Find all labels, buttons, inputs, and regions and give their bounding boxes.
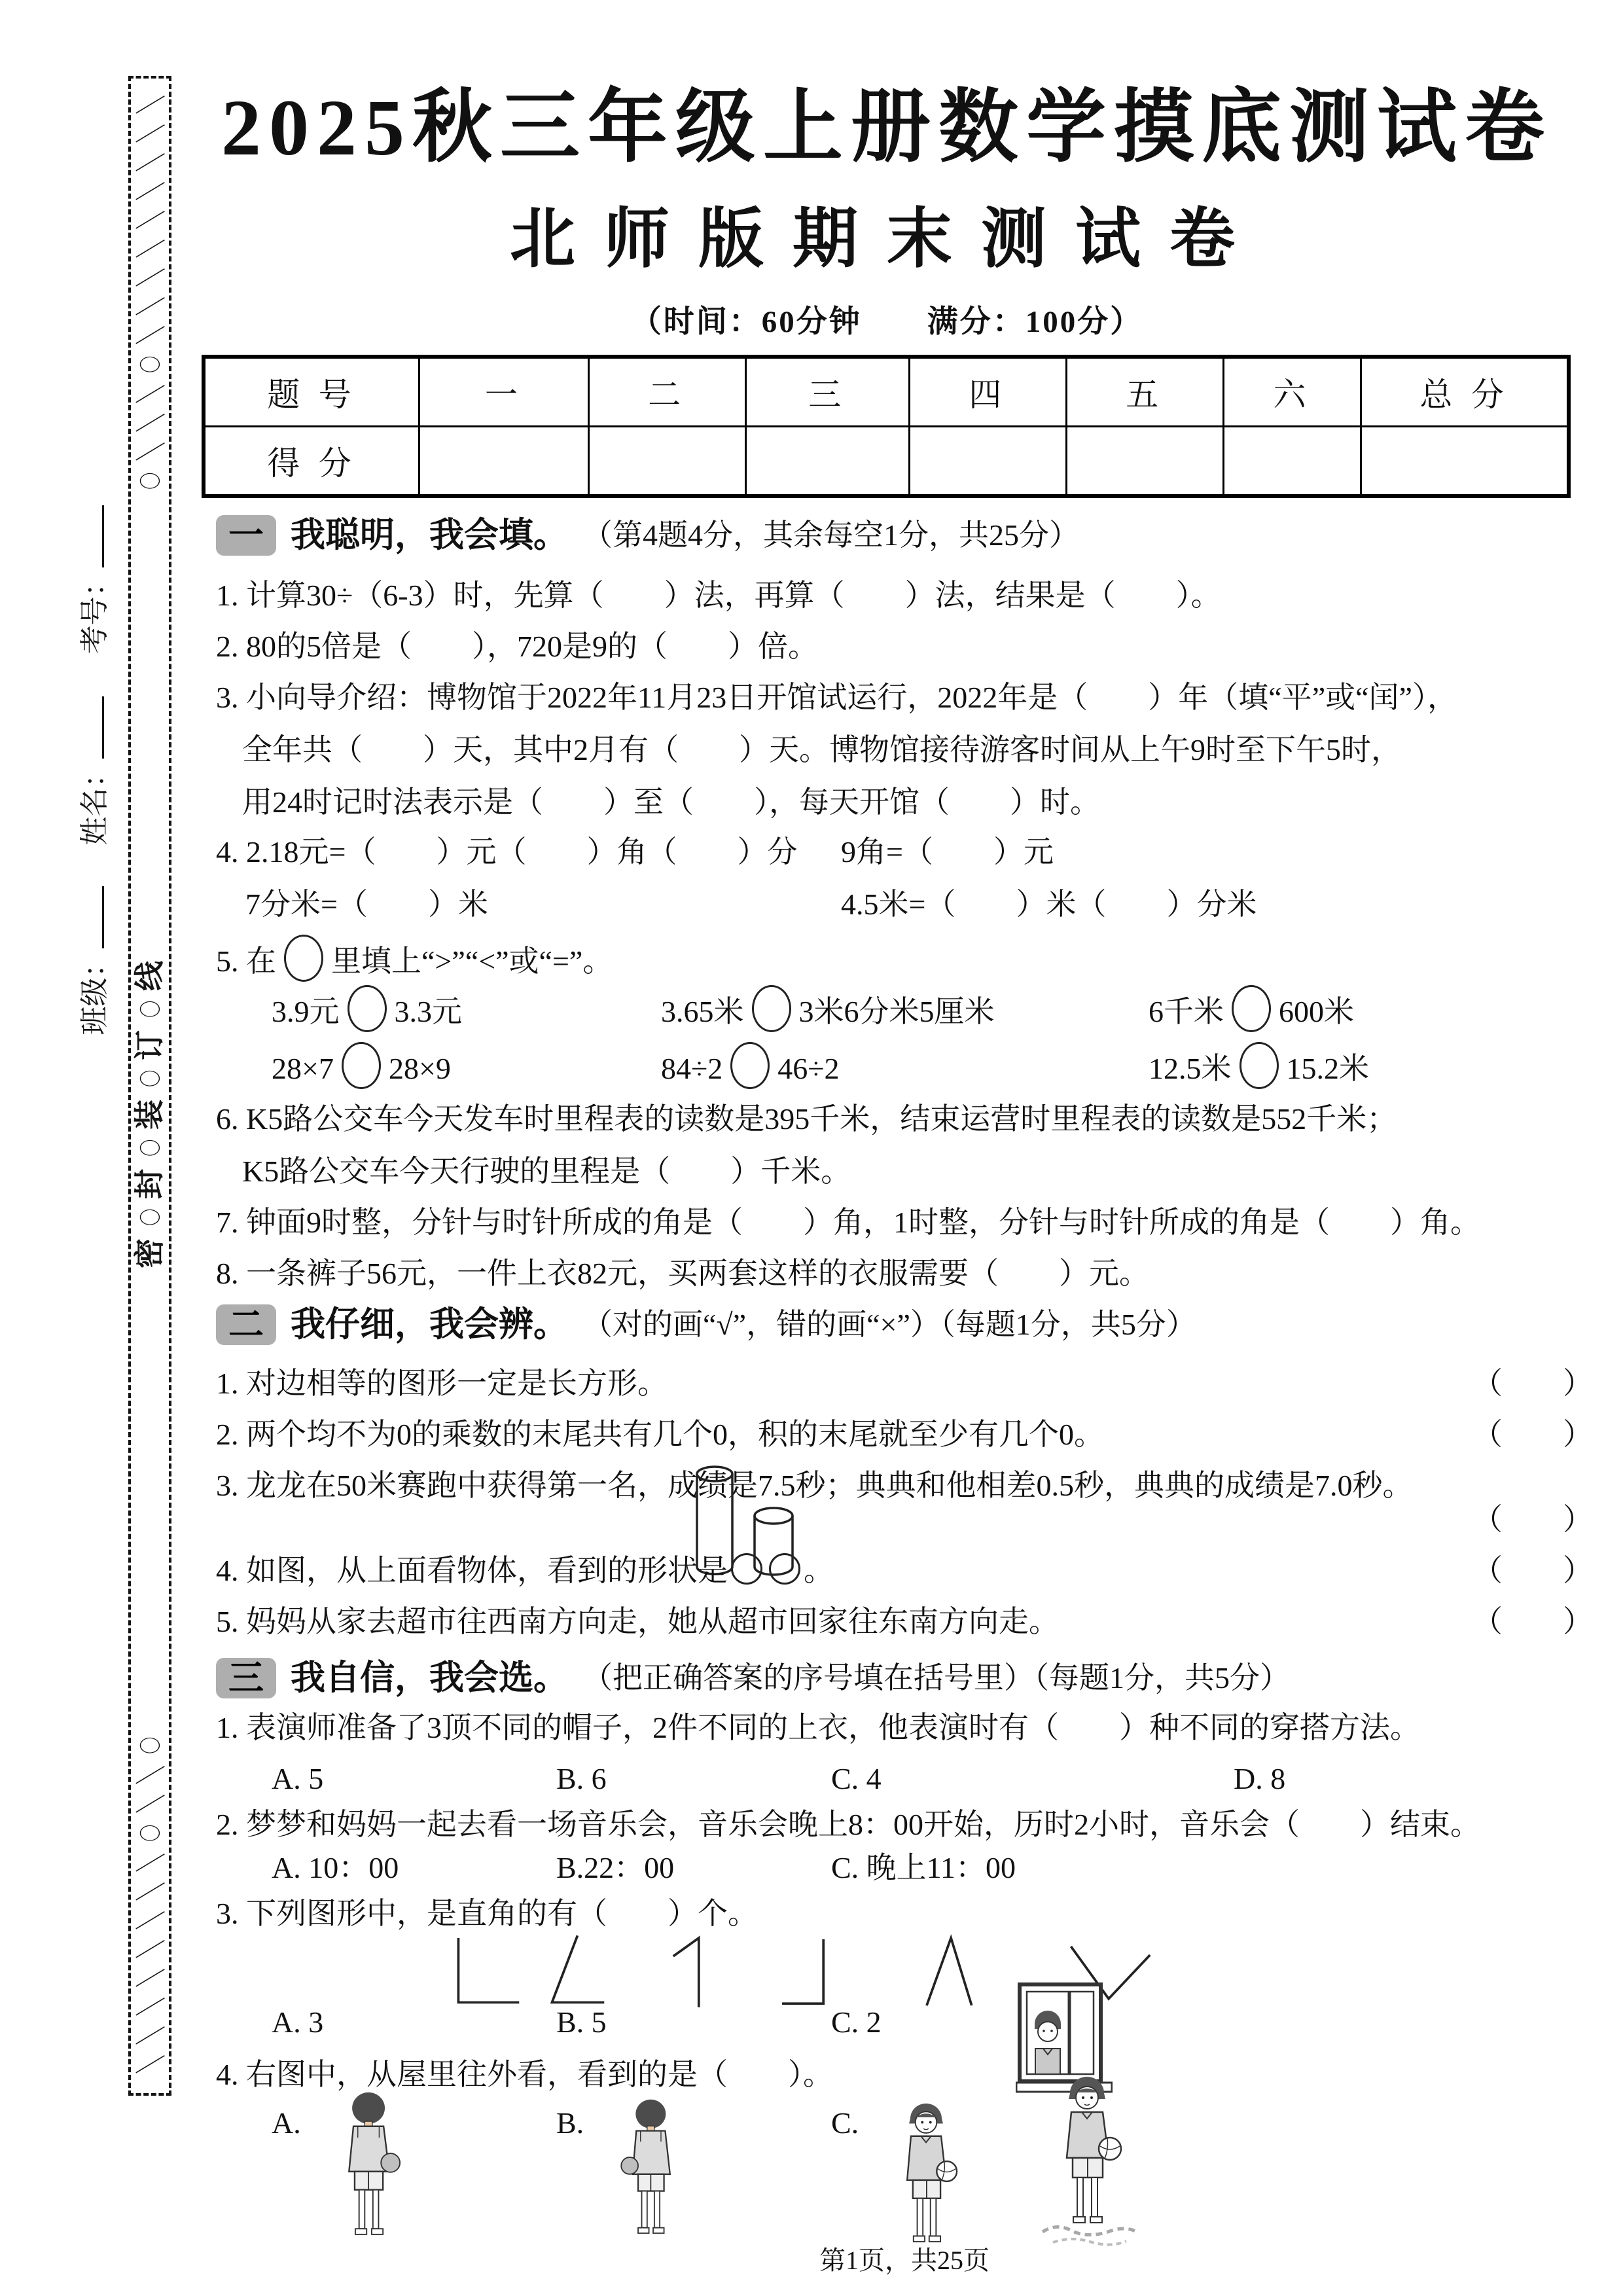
answer-paren: （ ） [1472,1601,1593,1643]
option-c: C. 4 [831,1758,882,1800]
hatch-slash: ／ [134,1933,166,1967]
section2-badge: 二 [216,1304,276,1345]
s1-question6-line1: 6. K5路公交车今天发车时里程表的读数是395千米，结束运营时里程表的读数是5… [216,1098,1593,1140]
seal-character: 订 [130,1030,169,1060]
boy-outside-window-icon [1031,2076,1145,2253]
hatch-slash: ／ [134,175,166,209]
s3-question2: 2. 梦梦和妈妈一起去看一场音乐会，音乐会晚上8：00开始，历时2小时，音乐会（… [216,1804,1593,1846]
compare-item: 84÷246÷2 [661,1042,840,1090]
s1-q4b-right: 4.5米=（ ）米（ ）分米 [841,884,1257,925]
student-name-text: 姓名： [71,759,113,846]
option-d: D. 8 [1234,1758,1285,1800]
option-b: B. [556,2102,584,2144]
boy-front-view-c-icon [890,2101,962,2258]
right-angle-icon [445,1929,530,2015]
seal-character: 装 [130,1100,169,1130]
s2-question1: 1. 对边相等的图形一定是长方形。（ ） [216,1363,1593,1405]
hatch-slash: ／ [134,319,166,353]
compare-circle-icon [1232,985,1271,1032]
option-a: A. 3 [272,2001,323,2043]
s1-question3-line3: 用24时记时法表示是（ ）至（ ），每天开馆（ ）时。 [242,781,1619,823]
compare-item: 6千米600米 [1149,985,1354,1033]
compare-item: 3.65米3米6分米5厘米 [661,985,995,1033]
option-c: C. [831,2102,859,2144]
hatch-slash: ／ [134,378,166,412]
boy-back-view-a-icon [334,2091,406,2248]
compare-item: 3.9元3.3元 [272,985,462,1033]
answer-paren: （ ） [1472,1499,1593,1541]
exam-number-blank [80,506,104,568]
option-b: B. 5 [556,2001,607,2043]
option-a: A. 5 [272,1758,323,1800]
option-c: C. 晚上11：00 [831,1847,1016,1889]
option-a: A. 10：00 [272,1847,399,1889]
hatch-slash: ／ [134,1876,166,1910]
hatch-ring: 〇 [139,1823,161,1846]
seal-character: 密 [130,1238,169,1268]
boy-back-view-b-icon [615,2098,684,2248]
hatch-slash: ／ [134,1759,166,1793]
hatch-slash: ／ [134,436,166,470]
option-b: B. 6 [556,1758,607,1800]
s1-question2: 2. 80的5倍是（ ），720是9的（ ）倍。 [216,626,1593,668]
hatch-ring: 〇 [139,1735,161,1759]
shape-circle-icon [731,1553,762,1585]
section3-title: 我自信，我会选。 [291,1657,568,1699]
exam-number-text: 考号： [71,568,113,655]
hatch-slash: ／ [134,147,166,181]
s1-q4b-left: 7分米=（ ）米 [245,884,488,925]
hatch-slash: ／ [134,233,166,267]
angle-up-icon [910,1929,995,2015]
s1-question3-line2: 全年共（ ）天，其中2月有（ ）天。博物馆接待游客时间从上午9时至下午5时， [242,729,1619,771]
section3-header: 三 我自信，我会选。 （把正确答案的序号填在括号里）（每题1分，共5分） [216,1657,1593,1699]
s1-question4-line1: 4. 2.18元=（ ）元（ ）角（ ）分 9角=（ ）元 [216,831,1593,873]
student-name-label: 姓名： [75,696,109,846]
answer-paren: （ ） [1472,1363,1593,1405]
hatch-slash: ／ [134,291,166,325]
option-b: B.22：00 [556,1847,674,1889]
s3-question4: 4. 右图中，从屋里往外看，看到的是（ ）。 [216,2054,1593,2096]
exam-number-label: 考号： [75,505,109,655]
shape-circle-icon [769,1553,800,1585]
section2-header: 二 我仔细，我会辨。 （对的画“√”，错的画“×”）（每题1分，共5分） [216,1304,1593,1346]
option-c: C. 2 [831,2001,882,2043]
section1-badge: 一 [216,515,276,556]
compare-circle-icon [342,1042,381,1089]
hatch-slash: ／ [134,118,166,152]
hatch-ring: 〇 [139,471,161,494]
seal-character: 封 [130,1169,169,1199]
s3-question1: 1. 表演师准备了3顶不同的帽子，2件不同的上衣，他表演时有（ ）种不同的穿搭方… [216,1707,1593,1749]
class-blank [80,887,104,949]
section1-header: 一 我聪明，我会填。 （第4题4分，其余每空1分，共25分） [216,514,1593,556]
hatch-slash: ／ [134,262,166,296]
seal-character: 线 [130,961,169,991]
hatch-ring: 〇 [139,354,161,378]
hatch-ring: 〇 [139,1138,161,1161]
s1-q5-post: 里填上“>”“<”或“=”。 [331,944,613,978]
compare-circle-icon [284,935,323,982]
hatch-slash: ／ [134,1847,166,1881]
compare-item: 12.5米15.2米 [1149,1042,1369,1090]
exam-paper-page: ／／／／／／／／／〇／／／〇线〇订〇装〇封〇密〇／／〇／／／／／／／／ 考号： … [0,0,1623,2296]
s1-question5-header: 5. 在里填上“>”“<”或“=”。 [216,935,1593,982]
hatch-slash: ／ [134,1905,166,1939]
s1-question8: 8. 一条裤子56元，一件上衣82元，买两套这样的衣服需要（ ）元。 [216,1253,1593,1295]
s1-question1: 1. 计算30÷（6-3）时，先算（ ）法，再算（ ）法，结果是（ ）。 [216,575,1593,617]
s2-question3: 3. 龙龙在50米赛跑中获得第一名，成绩是7.5秒；典典和他相差0.5秒，典典的… [216,1465,1593,1507]
hatch-slash: ／ [134,2049,166,2083]
section3-badge: 三 [216,1658,276,1698]
s1-q4-left: 4. 2.18元=（ ）元（ ）角（ ）分 [216,835,797,869]
hatch-slash: ／ [134,2020,166,2054]
s1-q4-right: 9角=（ ）元 [841,831,1054,873]
compare-circle-icon [752,985,791,1032]
section3-note: （把正确答案的序号填在括号里）（每题1分，共5分） [582,1657,1290,1699]
class-text: 班级： [71,949,113,1035]
page-footer: 第1页，共25页 [216,2240,1593,2282]
answer-paren: （ ） [1472,1414,1593,1456]
hatch-slash: ／ [134,204,166,238]
s2-question2: 2. 两个均不为0的乘数的末尾共有几个0，积的末尾就至少有几个0。（ ） [216,1414,1593,1456]
section1-title: 我聪明，我会填。 [291,514,568,556]
section2-title: 我仔细，我会辨。 [291,1304,568,1346]
s2-question5: 5. 妈妈从家去超市往西南方向走，她从超市回家往东南方向走。（ ） [216,1601,1593,1643]
s1-q5-pre: 5. 在 [216,944,276,978]
hatch-ring: 〇 [139,1068,161,1092]
hatch-slash: ／ [134,1962,166,1996]
student-name-blank [80,697,104,759]
hatch-ring: 〇 [139,1207,161,1230]
hatch-slash: ／ [134,407,166,441]
section2-note: （对的画“√”，错的画“×”）（每题1分，共5分） [582,1304,1196,1346]
option-a: A. [272,2102,301,2144]
s2-question4: 4. 如图，从上面看物体，看到的形状是。 （ ） [216,1550,1593,1592]
hatch-slash: ／ [134,1991,166,2025]
compare-circle-icon [348,985,387,1032]
s3-question3: 3. 下列图形中，是直角的有（ ）个。 [216,1893,1593,1935]
compare-circle-icon [730,1042,770,1089]
hatch-slash: ／ [134,89,166,123]
hatch-ring: 〇 [139,999,161,1022]
bent-line-angle-icon [661,1929,733,2015]
s1-question3-line1: 3. 小向导介绍：博物馆于2022年11月23日开馆试运行，2022年是（ ）年… [216,677,1593,719]
section1-note: （第4题4分，其余每空1分，共25分） [582,514,1079,556]
class-label: 班级： [75,886,109,1036]
answer-paren: （ ） [1472,1550,1593,1592]
s1-question6-line2: K5路公交车今天行驶的里程是（ ）千米。 [242,1151,1619,1193]
compare-circle-icon [1240,1042,1279,1089]
s1-question7: 7. 钟面9时整，分针与时针所成的角是（ ）角，1时整，分针与时针所成的角是（ … [216,1202,1593,1244]
compare-item: 28×728×9 [272,1042,451,1090]
hatch-slash: ／ [134,1788,166,1822]
seal-binding-strip: ／／／／／／／／／〇／／／〇线〇订〇装〇封〇密〇／／〇／／／／／／／／ [128,76,171,2096]
